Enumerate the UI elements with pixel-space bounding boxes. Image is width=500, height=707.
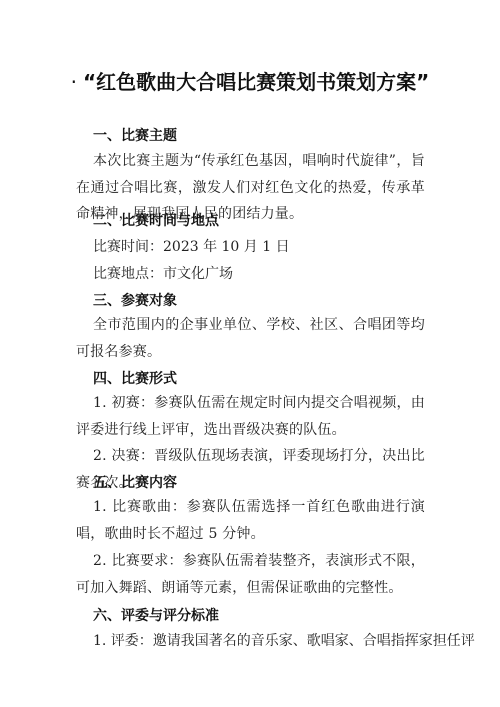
section-heading-participants: 三、参赛对象 [93,290,177,310]
section-heading-time-place: 二、比赛时间与地点 [93,210,219,230]
paragraph-judges: 1. 评委：邀请我国著名的音乐家、歌唱家、合唱指挥家担任评 [93,630,475,650]
paragraph-place: 比赛地点：市文化广场 [93,263,233,283]
section-heading-format: 四、比赛形式 [93,368,177,388]
paragraph-requirements: 2. 比赛要求：参赛队伍需着装整齐，表演形式不限，可加入舞蹈、朗诵等元素，但需保… [76,548,425,601]
paragraph-participants: 全市范围内的企事业单位、学校、社区、合唱团等均可报名参赛。 [76,312,425,365]
section-heading-content: 五、比赛内容 [93,472,177,492]
paragraph-time: 比赛时间：2023 年 10 月 1 日 [93,236,290,256]
section-heading-theme: 一、比赛主题 [93,125,177,145]
document-title: ·“红色歌曲大合唱比赛策划书策划方案” [0,66,500,95]
paragraph-songs: 1. 比赛歌曲：参赛队伍需选择一首红色歌曲进行演唱，歌曲时长不超过 5 分钟。 [76,494,425,547]
section-heading-judges: 六、评委与评分标准 [93,605,219,625]
paragraph-preliminary: 1. 初赛：参赛队伍需在规定时间内提交合唱视频，由评委进行线上评审，选出晋级决赛… [76,390,425,443]
title-text: “红色歌曲大合唱比赛策划书策划方案” [83,70,429,94]
title-bullet: · [71,70,77,94]
